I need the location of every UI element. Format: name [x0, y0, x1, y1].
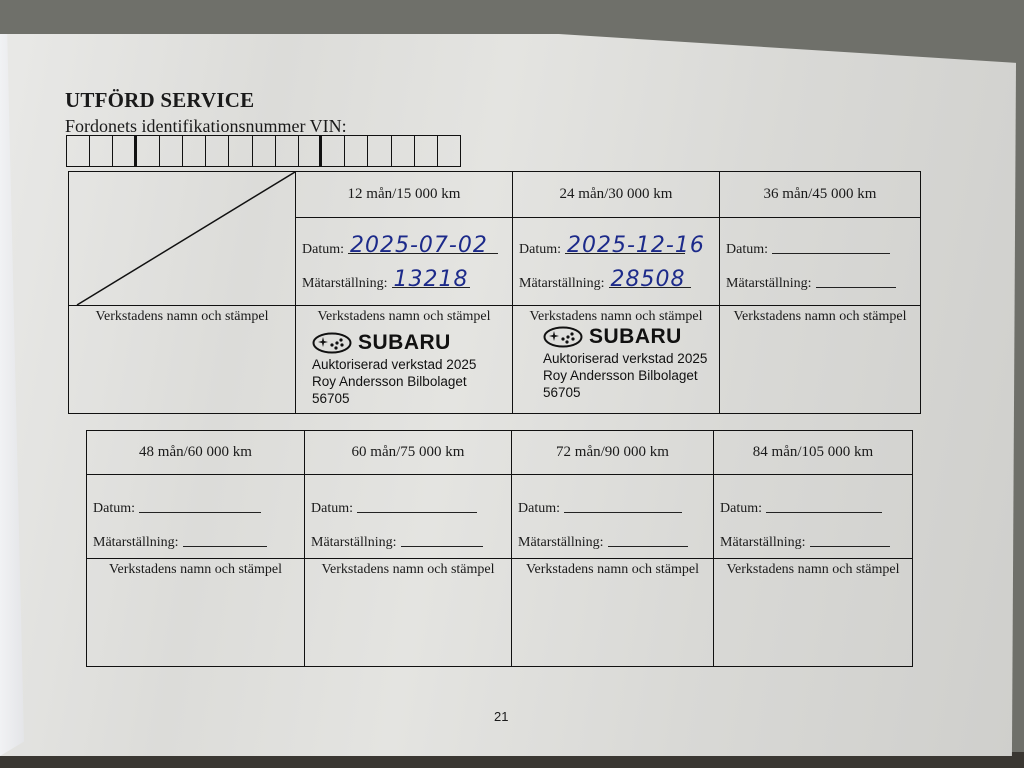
stamp-label: Verkstadens namn och stämpel: [714, 559, 912, 578]
stamp-cell-12[interactable]: Verkstadens namn och stämpel SUBARU Aukt…: [296, 306, 513, 414]
diagonal-line-icon: [69, 172, 295, 305]
odometer-field[interactable]: [183, 526, 267, 547]
stamp-label: Verkstadens namn och stämpel: [69, 306, 295, 325]
stamp-cell-36[interactable]: Verkstadens namn och stämpel: [720, 306, 921, 414]
date-value: 2025-12-16: [567, 233, 705, 258]
service-table-top: 12 mån/15 000 km 24 mån/30 000 km 36 mån…: [68, 171, 921, 414]
vin-character-box[interactable]: [438, 136, 461, 166]
stamp-label: Verkstadens namn och stämpel: [87, 559, 304, 578]
page-number: 21: [494, 709, 508, 724]
odometer-value: 28508: [611, 267, 686, 292]
page-title: UTFÖRD SERVICE: [65, 88, 254, 113]
odometer-field[interactable]: 28508: [609, 267, 691, 288]
odometer-label: Mätarställning:: [311, 535, 397, 551]
interval-header: 84 mån/105 000 km: [714, 431, 913, 475]
date-label: Datum:: [720, 501, 762, 517]
service-fields-24: Datum: 2025-12-16 Mätarställning: 28508: [513, 218, 720, 306]
date-label: Datum:: [302, 242, 344, 258]
interval-header: 36 mån/45 000 km: [720, 172, 921, 218]
stamp-cell-84[interactable]: Verkstadens namn och stämpel: [714, 559, 913, 667]
stamp-cell-label-column: Verkstadens namn och stämpel: [69, 306, 296, 414]
stamp-cell-24[interactable]: Verkstadens namn och stämpel SUBARU Aukt…: [513, 306, 720, 414]
date-field[interactable]: 2025-12-16: [565, 233, 685, 254]
service-fields-12: Datum: 2025-07-02 Mätarställning: 13218: [296, 218, 513, 306]
vin-character-box[interactable]: [415, 136, 438, 166]
stamp-label: Verkstadens namn och stämpel: [512, 559, 713, 578]
service-fields-48: Datum: Mätarställning:: [87, 475, 305, 559]
diagonal-header-cell: [69, 172, 296, 306]
odometer-label: Mätarställning:: [302, 276, 388, 292]
subaru-logo-icon: [312, 332, 352, 354]
odometer-label: Mätarställning:: [93, 535, 179, 551]
vin-character-box[interactable]: [183, 136, 206, 166]
stamp-line-3: 56705: [312, 391, 512, 406]
stamp-line-3: 56705: [543, 385, 719, 400]
vin-character-box[interactable]: [90, 136, 113, 166]
odometer-label: Mätarställning:: [726, 276, 812, 292]
odometer-value: 13218: [394, 267, 469, 292]
vin-character-box[interactable]: [67, 136, 90, 166]
date-field[interactable]: [766, 492, 882, 513]
interval-header: 60 mån/75 000 km: [305, 431, 512, 475]
date-field[interactable]: [564, 492, 682, 513]
service-fields-84: Datum: Mätarställning:: [714, 475, 913, 559]
vin-character-box[interactable]: [392, 136, 415, 166]
odometer-field[interactable]: 13218: [392, 267, 470, 288]
date-label: Datum:: [93, 501, 135, 517]
service-table-bottom: 48 mån/60 000 km 60 mån/75 000 km 72 mån…: [86, 430, 913, 667]
stamp-line-1: Auktoriserad verkstad 2025: [312, 357, 512, 372]
vin-character-box[interactable]: [137, 136, 160, 166]
vin-character-box[interactable]: [276, 136, 299, 166]
odometer-field[interactable]: [810, 526, 890, 547]
vin-label: Fordonets identifikationsnummer VIN:: [65, 116, 347, 137]
vin-character-box[interactable]: [206, 136, 229, 166]
subaru-logo-icon: [543, 326, 583, 348]
odometer-field[interactable]: [401, 526, 483, 547]
stamp-cell-48[interactable]: Verkstadens namn och stämpel: [87, 559, 305, 667]
date-label: Datum:: [519, 242, 561, 258]
interval-header: 24 mån/30 000 km: [513, 172, 720, 218]
vin-character-box[interactable]: [229, 136, 252, 166]
interval-header: 12 mån/15 000 km: [296, 172, 513, 218]
vin-character-box[interactable]: [253, 136, 276, 166]
odometer-label: Mätarställning:: [519, 276, 605, 292]
service-fields-36: Datum: Mätarställning:: [720, 218, 921, 306]
date-label: Datum:: [518, 501, 560, 517]
date-field[interactable]: 2025-07-02: [348, 233, 498, 254]
stamp-line-2: Roy Andersson Bilbolaget: [543, 368, 719, 383]
date-label: Datum:: [311, 501, 353, 517]
stamp-brand: SUBARU: [589, 325, 682, 349]
interval-header: 72 mån/90 000 km: [512, 431, 714, 475]
dealer-stamp: SUBARU Auktoriserad verkstad 2025 Roy An…: [543, 325, 719, 400]
odometer-field[interactable]: [816, 267, 896, 288]
dealer-stamp: SUBARU Auktoriserad verkstad 2025 Roy An…: [312, 331, 512, 406]
vin-character-box[interactable]: [368, 136, 391, 166]
date-field[interactable]: [139, 492, 261, 513]
date-label: Datum:: [726, 242, 768, 258]
date-field[interactable]: [772, 233, 890, 254]
vin-character-box[interactable]: [322, 136, 345, 166]
stamp-label: Verkstadens namn och stämpel: [513, 306, 719, 325]
stamp-line-1: Auktoriserad verkstad 2025: [543, 351, 719, 366]
odometer-field[interactable]: [608, 526, 688, 547]
vin-input-boxes[interactable]: [66, 135, 461, 167]
stamp-cell-60[interactable]: Verkstadens namn och stämpel: [305, 559, 512, 667]
service-fields-72: Datum: Mätarställning:: [512, 475, 714, 559]
stamp-brand: SUBARU: [358, 331, 451, 355]
date-field[interactable]: [357, 492, 477, 513]
stamp-line-2: Roy Andersson Bilbolaget: [312, 374, 512, 389]
stamp-cell-72[interactable]: Verkstadens namn och stämpel: [512, 559, 714, 667]
stamp-label: Verkstadens namn och stämpel: [305, 559, 511, 578]
service-fields-60: Datum: Mätarställning:: [305, 475, 512, 559]
odometer-label: Mätarställning:: [720, 535, 806, 551]
stamp-label: Verkstadens namn och stämpel: [296, 306, 512, 325]
vin-character-box[interactable]: [299, 136, 322, 166]
vin-character-box[interactable]: [160, 136, 183, 166]
odometer-label: Mätarställning:: [518, 535, 604, 551]
vin-character-box[interactable]: [345, 136, 368, 166]
stamp-label: Verkstadens namn och stämpel: [720, 306, 920, 325]
date-value: 2025-07-02: [350, 233, 488, 258]
vin-character-box[interactable]: [113, 136, 136, 166]
interval-header: 48 mån/60 000 km: [87, 431, 305, 475]
